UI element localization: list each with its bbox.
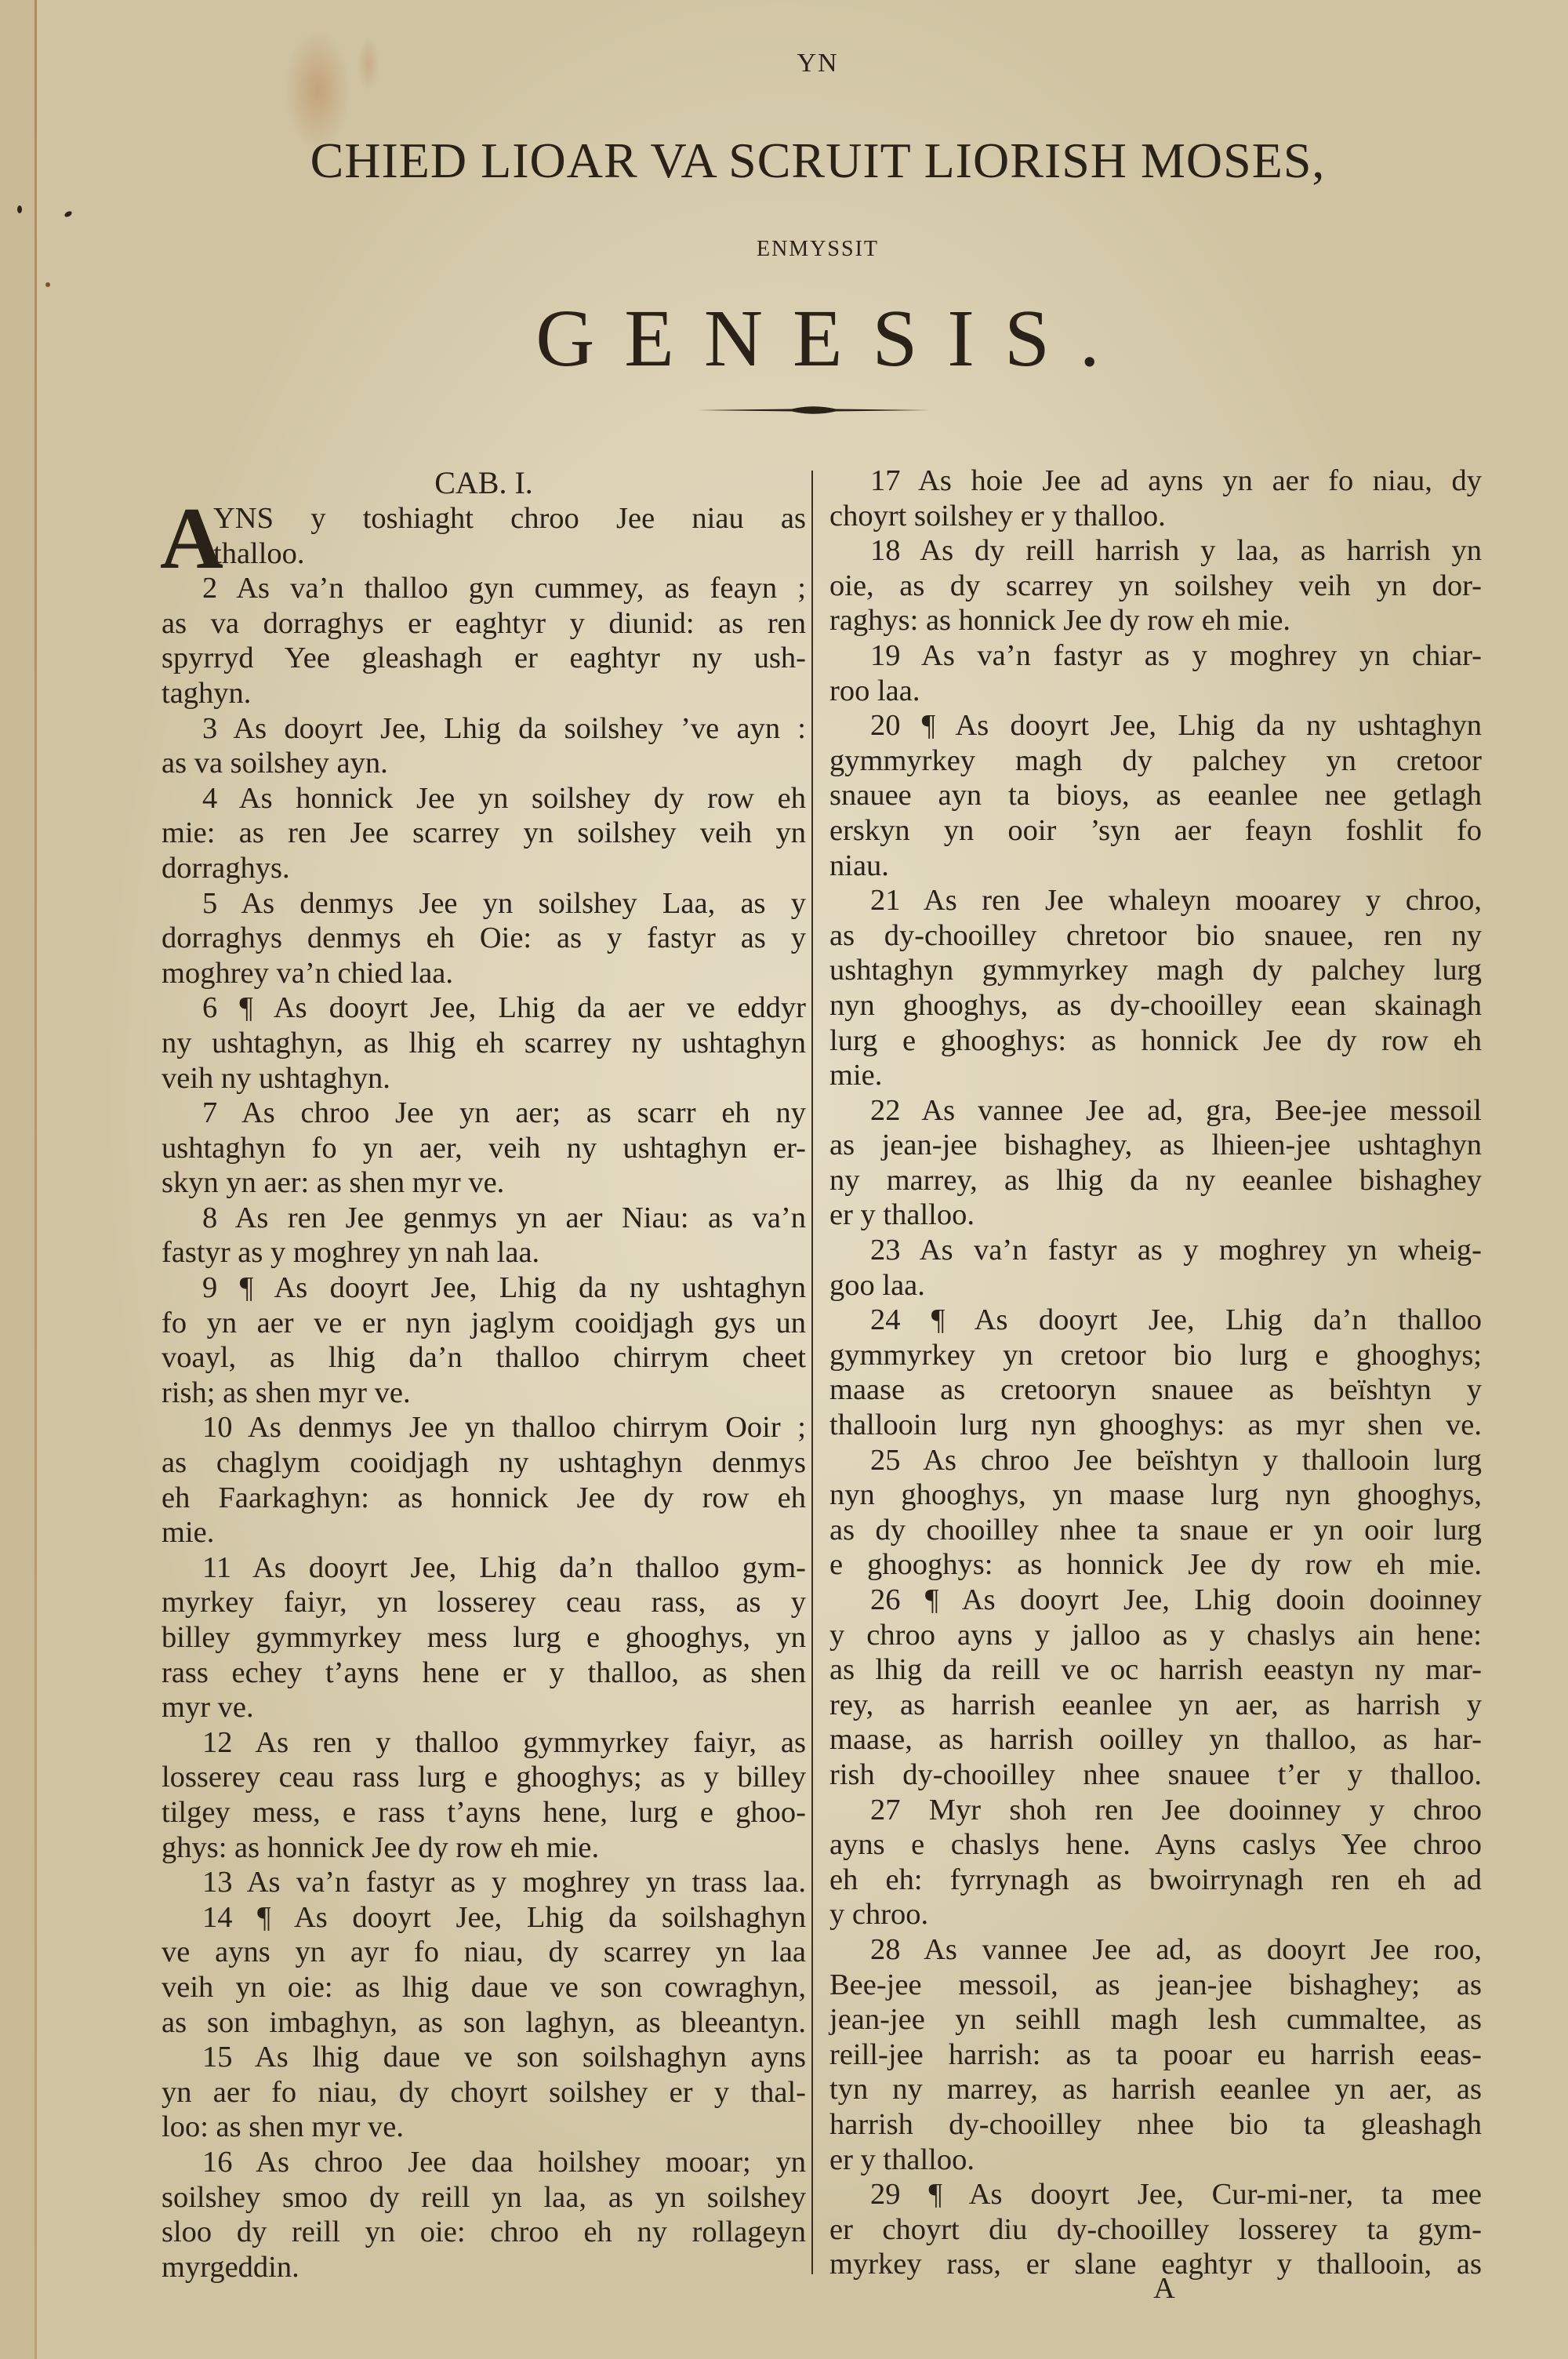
text-line: er y thalloo. (829, 1198, 1482, 1233)
left-column: CAB. I. A YNS y toshiaght chroo Jee niau… (162, 463, 806, 2284)
text-line: thalloo. (162, 536, 806, 572)
text-line: fastyr as y moghrey yn nah laa. (162, 1235, 806, 1270)
text-line: eh Faarkaghyn: as honnick Jee dy row eh (162, 1481, 806, 1516)
text-line: 11 As dooyrt Jee, Lhig da’n thalloo gym- (162, 1550, 806, 1586)
text-line: goo laa. (829, 1268, 1482, 1303)
text-line: y chroo ayns y jalloo as y chaslys ain h… (829, 1618, 1482, 1653)
text-line: snauee ayn ta bioys, as eeanlee nee getl… (829, 778, 1482, 813)
text-line: veih yn oie: as lhig daue ve son cowragh… (162, 1970, 806, 2005)
text-line: mie. (162, 1515, 806, 1550)
text-line: 10 As denmys Jee yn thalloo chirrym Ooir… (162, 1410, 806, 1445)
text-line: 12 As ren y thalloo gymmyrkey faiyr, as (162, 1725, 806, 1761)
text-line: er choyrt diu dy-chooilley losserey ta g… (829, 2212, 1482, 2248)
text-line: 9 ¶ As dooyrt Jee, Lhig da ny ushtaghyn (162, 1270, 806, 1306)
text-line: ny marrey, as lhig da ny eeanlee bishagh… (829, 1163, 1482, 1198)
text-line: jean-jee yn seihll magh lesh cummaltee, … (829, 2002, 1482, 2037)
text-line: 24 ¶ As dooyrt Jee, Lhig da’n thalloo (829, 1303, 1482, 1338)
text-line: as va soilshey ayn. (162, 746, 806, 781)
text-line: 8 As ren Jee genmys yn aer Niau: as va’n (162, 1201, 806, 1236)
text-line: myrkey faiyr, yn losserey ceau rass, as … (162, 1585, 806, 1620)
text-line: YNS y toshiaght chroo Jee niau as (162, 501, 806, 536)
text-line: 17 As hoie Jee ad ayns yn aer fo niau, d… (829, 463, 1482, 499)
text-line: Bee-jee messoil, as jean-jee bishaghey; … (829, 1968, 1482, 2003)
text-line: myrgeddin. (162, 2250, 806, 2285)
text-line: as dy chooilley nhee ta snaue er yn ooir… (829, 1513, 1482, 1548)
book-name: GENESIS. (0, 292, 1568, 385)
text-line: billey gymmyrkey mess lurg e ghooghys, y… (162, 1620, 806, 1656)
text-line: fo yn aer ve er nyn jaglym cooidjagh gys… (162, 1306, 806, 1341)
text-line: soilshey smoo dy reill yn laa, as yn soi… (162, 2180, 806, 2215)
foxing-spot (45, 282, 50, 287)
text-line: 16 As chroo Jee daa hoilshey mooar; yn (162, 2145, 806, 2180)
ink-speck (17, 205, 22, 213)
text-line: nyn ghooghys, as dy-chooilley eean skain… (829, 988, 1482, 1023)
text-line: ushtaghyn fo yn aer, veih ny ushtaghyn e… (162, 1131, 806, 1166)
text-line: as lhig da reill ve oc harrish eeastyn n… (829, 1652, 1482, 1688)
text-line: lurg e ghooghys: as honnick Jee dy row e… (829, 1023, 1482, 1059)
text-line: maase as cretooryn snauee as beïshtyn y (829, 1372, 1482, 1408)
text-line: e ghooghys: as honnick Jee dy row eh mie… (829, 1547, 1482, 1583)
text-line: roo laa. (829, 674, 1482, 709)
ornament-rule-icon (698, 402, 930, 418)
text-line: 29 ¶ As dooyrt Jee, Cur-mi-ner, ta mee (829, 2177, 1482, 2212)
text-line: maase, as harrish ooilley yn thalloo, as… (829, 1722, 1482, 1757)
text-line: 6 ¶ As dooyrt Jee, Lhig da aer ve eddyr (162, 990, 806, 1026)
text-line: skyn yn aer: as shen myr ve. (162, 1165, 806, 1201)
text-line: taghyn. (162, 676, 806, 711)
text-line: dorraghys. (162, 851, 806, 886)
text-line: ushtaghyn gymmyrkey magh dy palchey lurg (829, 953, 1482, 988)
text-line: 7 As chroo Jee yn aer; as scarr eh ny (162, 1096, 806, 1131)
text-line: tilgey mess, e rass t’ayns hene, lurg e … (162, 1795, 806, 1830)
text-line: niau. (829, 849, 1482, 884)
text-line: 4 As honnick Jee yn soilshey dy row eh (162, 781, 806, 816)
text-line: 22 As vannee Jee ad, gra, Bee-jee messoi… (829, 1093, 1482, 1129)
text-line: veih ny ushtaghyn. (162, 1061, 806, 1096)
text-line: tyn ny marrey, as harrish eeanlee yn aer… (829, 2072, 1482, 2107)
text-line: er y thalloo. (829, 2143, 1482, 2178)
text-line: 5 As denmys Jee yn soilshey Laa, as y (162, 886, 806, 921)
text-line: losserey ceau rass lurg e ghooghys; as y… (162, 1760, 806, 1795)
text-line: as jean-jee bishaghey, as lhieen-jee ush… (829, 1128, 1482, 1163)
text-line: mie: as ren Jee scarrey yn soilshey veih… (162, 816, 806, 851)
text-line: rish dy-chooilley nhee snauee t’er y tha… (829, 1757, 1482, 1793)
text-line: gymmyrkey yn cretoor bio lurg e ghooghys… (829, 1338, 1482, 1373)
text-line: moghrey va’n chied laa. (162, 956, 806, 991)
column-divider (811, 471, 813, 2274)
text-line: yn aer fo niau, dy choyrt soilshey er y … (162, 2075, 806, 2110)
text-line: reill-jee harrish: as ta pooar eu harris… (829, 2037, 1482, 2073)
verse-text-block: A YNS y toshiaght chroo Jee niau asthall… (162, 501, 806, 2284)
text-line: choyrt soilshey er y thalloo. (829, 499, 1482, 534)
text-line: as chaglym cooidjagh ny ushtaghyn denmys (162, 1445, 806, 1481)
text-line: 27 Myr shoh ren Jee dooinney y chroo (829, 1793, 1482, 1828)
text-line: 25 As chroo Jee beïshtyn y thallooin lur… (829, 1443, 1482, 1478)
text-line: loo: as shen myr ve. (162, 2110, 806, 2145)
chapter-heading: CAB. I. (162, 463, 806, 503)
text-line: 15 As lhig daue ve son soilshaghyn ayns (162, 2040, 806, 2075)
text-line: 18 As dy reill harrish y laa, as harrish… (829, 533, 1482, 569)
text-line: voayl, as lhig da’n thalloo chirrym chee… (162, 1340, 806, 1376)
text-line: 21 As ren Jee whaleyn mooarey y chroo, (829, 883, 1482, 918)
text-line: as dy-chooilley chretoor bio snauee, ren… (829, 918, 1482, 954)
text-line: as va dorraghys er eaghtyr y diunid: as … (162, 606, 806, 642)
text-line: 13 As va’n fastyr as y moghrey yn trass … (162, 1865, 806, 1900)
text-line: 14 ¶ As dooyrt Jee, Lhig da soilshaghyn (162, 1900, 806, 1936)
text-line: dorraghys denmys eh Oie: as y fastyr as … (162, 921, 806, 956)
text-line: raghys: as honnick Jee dy row eh mie. (829, 603, 1482, 638)
text-line: sloo dy reill yn oie: chroo eh ny rollag… (162, 2215, 806, 2250)
text-line: spyrryd Yee gleashagh er eaghtyr ny ush- (162, 641, 806, 676)
right-column: 17 As hoie Jee ad ayns yn aer fo niau, d… (829, 463, 1482, 2282)
text-line: 26 ¶ As dooyrt Jee, Lhig dooin dooinney (829, 1583, 1482, 1618)
text-line: 2 As va’n thalloo gyn cummey, as feayn ; (162, 571, 806, 606)
text-line: ayns e chaslys hene. Ayns caslys Yee chr… (829, 1827, 1482, 1863)
text-line: thallooin lurg nyn ghooghys: as myr shen… (829, 1408, 1482, 1443)
book-page: YN CHIED LIOAR VA SCRUIT LIORISH MOSES, … (0, 0, 1568, 2359)
text-line: rass echey t’ayns hene er y thalloo, as … (162, 1656, 806, 1691)
running-head: YN (0, 49, 1568, 78)
text-line: harrish dy-chooilley nhee bio ta gleasha… (829, 2107, 1482, 2143)
text-line: 23 As va’n fastyr as y moghrey yn wheig- (829, 1233, 1482, 1268)
text-line: as son imbaghyn, as son laghyn, as bleea… (162, 2005, 806, 2041)
subtitle: ENMYSSIT (0, 237, 1568, 262)
text-line: oie, as dy scarrey yn soilshey veih yn d… (829, 569, 1482, 604)
text-line: 19 As va’n fastyr as y moghrey yn chiar- (829, 638, 1482, 674)
text-line: 3 As dooyrt Jee, Lhig da soilshey ’ve ay… (162, 711, 806, 747)
text-line: ghys: as honnick Jee dy row eh mie. (162, 1830, 806, 1866)
text-line: nyn ghooghys, yn maase lurg nyn ghooghys… (829, 1478, 1482, 1513)
text-line: y chroo. (829, 1897, 1482, 1932)
text-line: 28 As vannee Jee ad, as dooyrt Jee roo, (829, 1932, 1482, 1968)
verse-text-block: 17 As hoie Jee ad ayns yn aer fo niau, d… (829, 463, 1482, 2282)
text-line: rish; as shen myr ve. (162, 1376, 806, 1411)
ink-speck (64, 210, 73, 218)
text-line: ve ayns yn ayr fo niau, dy scarrey yn la… (162, 1935, 806, 1970)
drop-cap: A (160, 503, 223, 575)
text-line: rey, as harrish eeanlee yn aer, as harri… (829, 1688, 1482, 1723)
text-line: myr ve. (162, 1690, 806, 1725)
book-title: CHIED LIOAR VA SCRUIT LIORISH MOSES, (0, 132, 1568, 190)
signature-mark: A (1145, 2271, 1184, 2306)
text-line: erskyn yn ooir ’syn aer feayn foshlit fo (829, 813, 1482, 849)
text-line: gymmyrkey magh dy palchey yn cretoor (829, 743, 1482, 779)
text-line: ny ushtaghyn, as lhig eh scarrey ny usht… (162, 1026, 806, 1061)
text-line: mie. (829, 1058, 1482, 1093)
text-line: 20 ¶ As dooyrt Jee, Lhig da ny ushtaghyn (829, 708, 1482, 743)
text-line: eh eh: fyrrynagh as bwoirrynagh ren eh a… (829, 1863, 1482, 1898)
